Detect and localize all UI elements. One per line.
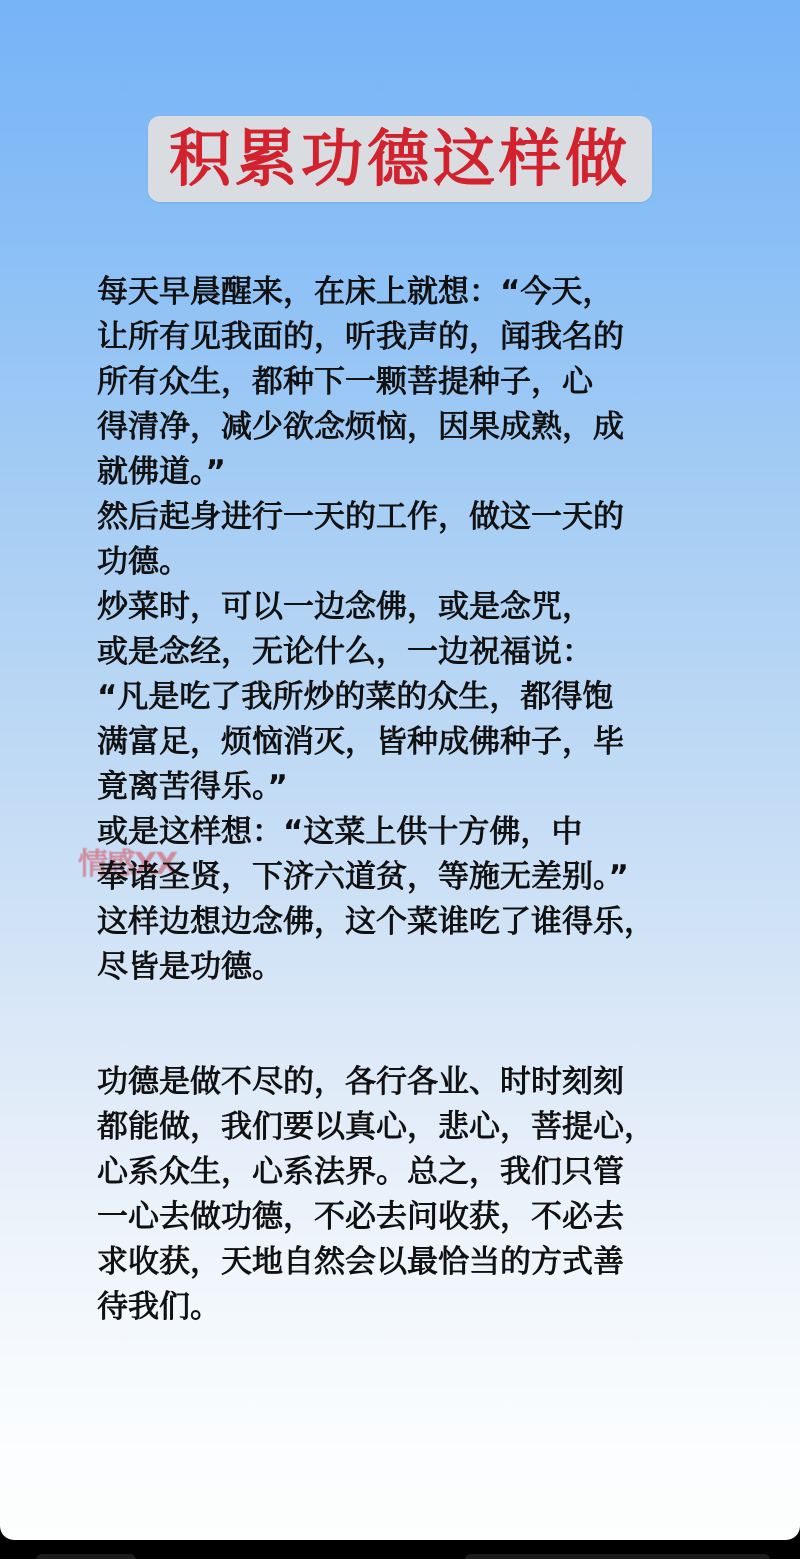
text-line: 然后起身进行一天的工作，做这一天的 xyxy=(97,495,717,540)
text-line: 待我们。 xyxy=(97,1285,717,1330)
text-line: 功德。 xyxy=(97,540,717,585)
text-line: 炒菜时，可以一边念佛，或是念咒， xyxy=(97,585,717,630)
text-line: 让所有见我面的，听我声的，闻我名的 xyxy=(97,315,717,360)
text-line: “凡是吃了我所炒的菜的众生，都得饱 xyxy=(97,675,717,720)
text-line: 或是念经，无论什么，一边祝福说： xyxy=(97,630,717,675)
text-line: 这样边想边念佛，这个菜谁吃了谁得乐， xyxy=(97,900,717,945)
title-banner: 积累功德这样做 xyxy=(148,116,652,202)
poster-title: 积累功德这样做 xyxy=(169,128,631,190)
text-line: 心系众生，心系法界。总之，我们只管 xyxy=(97,1150,717,1195)
text-line: 或是这样想：“这菜上供十方佛，中 xyxy=(97,810,717,855)
text-line: 求收获，天地自然会以最恰当的方式善 xyxy=(97,1240,717,1285)
text-line: 竟离苦得乐。” xyxy=(97,765,717,810)
text-line: 所有众生，都种下一颗菩提种子，心 xyxy=(97,360,717,405)
poster-image: 积累功德这样做 情感XX 每天早晨醒来，在床上就想：“今天， 让所有见我面的，听… xyxy=(0,0,800,1540)
text-line: 功德是做不尽的，各行各业、时时刻刻 xyxy=(97,1060,717,1105)
text-line: 满富足，烦恼消灭，皆种成佛种子，毕 xyxy=(97,720,717,765)
text-line: 就佛道。” xyxy=(97,450,717,495)
text-line: 奉诸圣贤，下济六道贫，等施无差别。” xyxy=(97,855,717,900)
bottom-black-bar xyxy=(0,1540,800,1559)
text-line: 都能做，我们要以真心，悲心，菩提心， xyxy=(97,1105,717,1150)
text-line: 一心去做功德，不必去问收获，不必去 xyxy=(97,1195,717,1240)
paragraph-1: 每天早晨醒来，在床上就想：“今天， 让所有见我面的，听我声的，闻我名的 所有众生… xyxy=(97,270,717,990)
bottom-bar-right-element xyxy=(465,1554,770,1559)
text-line: 每天早晨醒来，在床上就想：“今天， xyxy=(97,270,717,315)
text-line: 得清净，减少欲念烦恼，因果成熟，成 xyxy=(97,405,717,450)
text-line: 尽皆是功德。 xyxy=(97,945,717,990)
bottom-bar-left-element xyxy=(36,1554,136,1559)
paragraph-2: 功德是做不尽的，各行各业、时时刻刻 都能做，我们要以真心，悲心，菩提心， 心系众… xyxy=(97,1060,717,1330)
